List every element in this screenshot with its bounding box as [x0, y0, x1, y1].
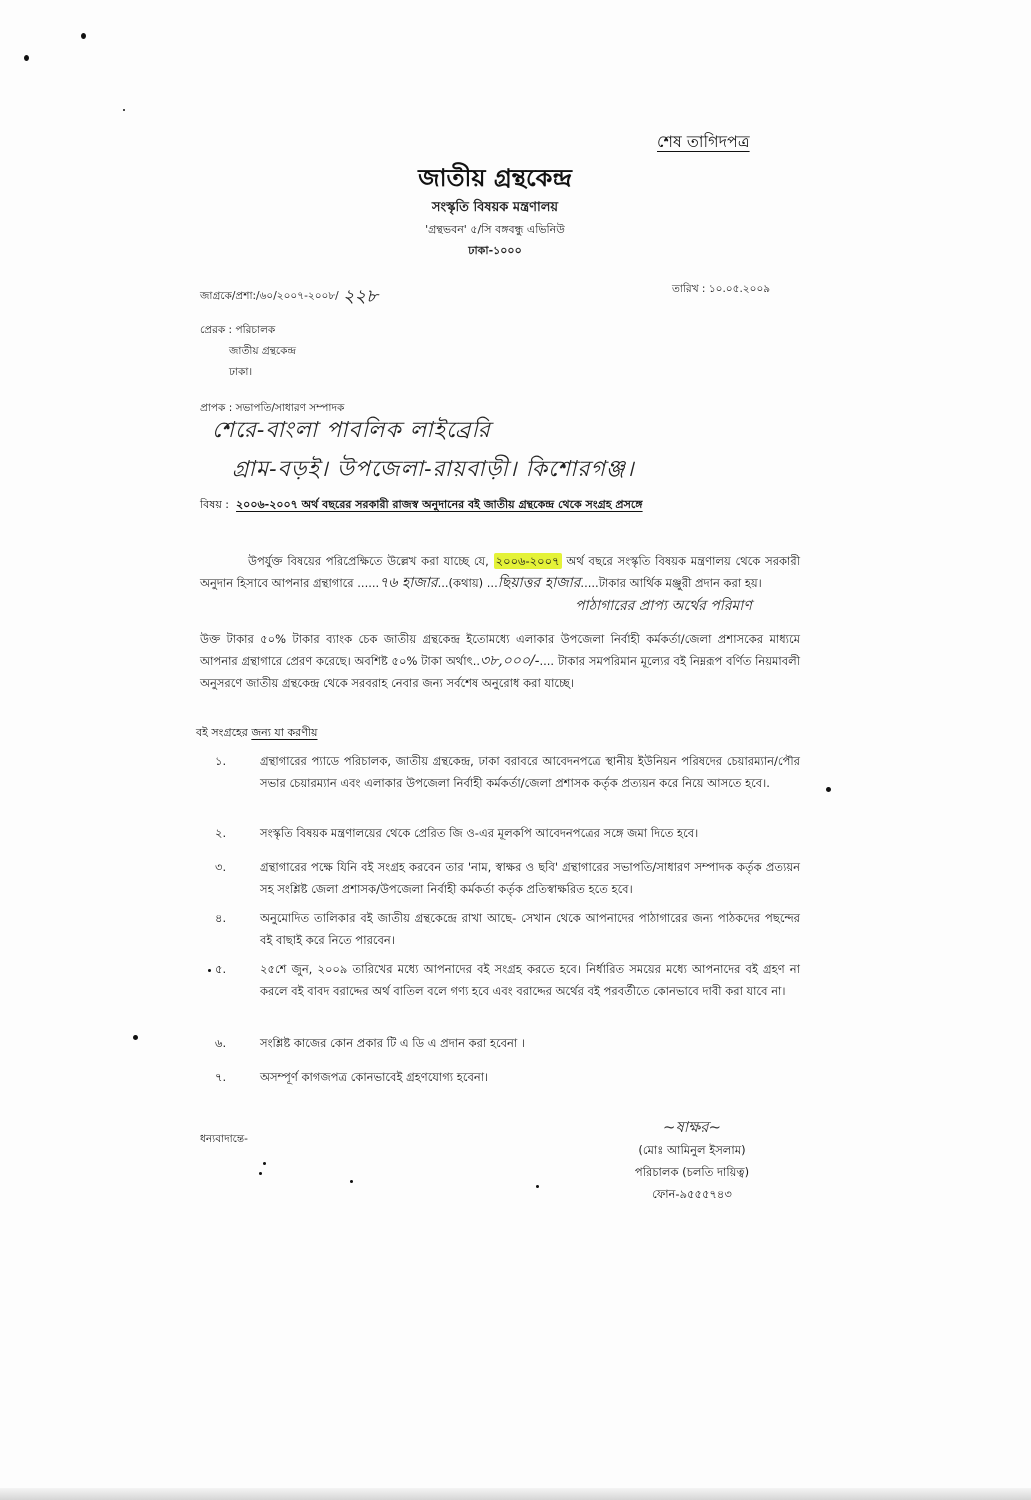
scan-speck	[259, 1172, 262, 1175]
todo-item: ৬. সংশ্লিষ্ট কাজের কোন প্রকার টি এ ডি এ …	[215, 1032, 800, 1054]
org-name: জাতীয় গ্রন্থকেন্দ্র	[400, 160, 590, 200]
todo-heading-underlined: জন্য যা করণীয়	[251, 726, 317, 739]
city-line: ঢাকা-১০০০	[370, 242, 620, 261]
todo-item-number: ৪.	[215, 907, 245, 929]
date-label: তারিখ :	[672, 283, 705, 295]
todo-item-text: অসম্পূর্ণ কাগজপত্র কোনভাবেই গ্রহণযোগ্য হ…	[260, 1066, 800, 1088]
memo-reference: জাগ্রকে/প্রশা:/৬০/২০০৭-২০০৮/২২৮	[200, 282, 378, 313]
in-words-label: (কথায়)	[449, 576, 484, 590]
para-text: টাকার আর্থিক	[599, 576, 662, 590]
todo-item-number: ৬.	[215, 1032, 245, 1054]
todo-heading-prefix: বই সংগ্রহের	[196, 726, 248, 739]
todo-item-number: ৭.	[215, 1066, 245, 1088]
signature-block: ~ষাক্ষর~ (মোঃ আমিনুল ইসলাম) পরিচালক (চলত…	[612, 1115, 772, 1205]
scan-speck	[350, 1180, 353, 1183]
signatory-name: (মোঃ আমিনুল ইসলাম)	[612, 1139, 772, 1161]
handwritten-remaining-amount: ৩৮,০০০/-	[480, 653, 539, 669]
scan-speck	[536, 1185, 539, 1188]
sender-block: প্রেরক : পরিচালক	[200, 322, 275, 339]
subject-text: ২০০৬-২০০৭ অর্থ বছরের সরকারী রাজস্ব অনুদা…	[236, 498, 643, 511]
signatory-title: পরিচালক (চলতি দায়িত্ব)	[612, 1161, 772, 1183]
todo-item: ৭. অসম্পূর্ণ কাগজপত্র কোনভাবেই গ্রহণযোগ্…	[215, 1066, 800, 1088]
scan-speck	[24, 55, 29, 61]
para-text: মঞ্জুরী প্রদান করা হয়।	[666, 576, 762, 590]
scan-speck	[263, 1162, 266, 1165]
date-value: ১০.০৫.২০০৯	[709, 283, 770, 295]
todo-heading: বই সংগ্রহের জন্য যা করণীয়	[196, 724, 318, 743]
todo-item-number: ৩.	[215, 856, 245, 878]
signatory-phone: ফোন-৯৫৫৫৭৪৩	[612, 1183, 772, 1205]
todo-item-number: ২.	[215, 822, 245, 844]
todo-item: ৪. অনুমোদিত তালিকার বই জাতীয় গ্রন্থকেন্…	[215, 907, 800, 951]
handwritten-amount-words: ছিয়াত্তর হাজার	[498, 575, 581, 591]
para-text: উপর্যুক্ত বিষয়ের পরিপ্রেক্ষিতে উল্লেখ ক…	[248, 554, 489, 568]
scan-speck	[81, 33, 86, 39]
todo-item: ১. গ্রন্থাগারের প্যাডে পরিচালক, জাতীয় গ…	[215, 750, 800, 794]
sender-label: প্রেরক :	[200, 324, 232, 336]
ministry-name: সংস্কৃতি বিষয়ক মন্ত্রণালয়	[370, 198, 620, 219]
scan-speck	[123, 109, 125, 111]
todo-item: ৫. ২৫শে জুন, ২০০৯ তারিখের মধ্যে আপনাদের …	[215, 958, 800, 1002]
todo-item-text: গ্রন্থাগারের পক্ষে যিনি বই সংগ্রহ করবেন …	[260, 856, 800, 900]
subject-label: বিষয় :	[200, 498, 229, 511]
todo-item-number: ১.	[215, 750, 245, 772]
handwritten-note: পাঠাগারের প্রাপ্য অর্থের পরিমাণ	[575, 594, 752, 618]
closing-thanks: ধন্যবাদান্তে-	[200, 1132, 248, 1149]
highlighted-fiscal-year: ২০০৬-২০০৭	[494, 553, 562, 569]
todo-item-text: গ্রন্থাগারের প্যাডে পরিচালক, জাতীয় গ্রন…	[260, 750, 800, 794]
scan-speck	[133, 1035, 138, 1040]
recipient-handwritten-library: শেরে-বাংলা পাবলিক লাইব্রেরি	[212, 413, 491, 450]
letter-date: তারিখ : ১০.০৫.২০০৯	[672, 282, 770, 299]
final-reminder-label: শেষ তাগিদপত্র	[657, 129, 750, 156]
paragraph-remaining: উক্ত টাকার ৫০% টাকার ব্যাংক চেক জাতীয় গ…	[200, 628, 800, 694]
todo-item: ২. সংস্কৃতি বিষয়ক মন্ত্রণালয়ের থেকে প্…	[215, 822, 800, 844]
todo-item-text: ২৫শে জুন, ২০০৯ তারিখের মধ্যে আপনাদের বই …	[260, 958, 800, 1002]
todo-item-text: অনুমোদিত তালিকার বই জাতীয় গ্রন্থকেন্দ্র…	[260, 907, 800, 951]
sender-line: পরিচালক	[235, 324, 275, 336]
todo-item-text: সংশ্লিষ্ট কাজের কোন প্রকার টি এ ডি এ প্র…	[260, 1032, 800, 1054]
memo-handwritten-number: ২২৮	[343, 286, 378, 307]
handwritten-amount-numeric: ৭৬ হাজার	[379, 575, 437, 591]
sender-line: ঢাকা।	[229, 364, 252, 381]
signature-mark: ~ষাক্ষর~	[612, 1115, 772, 1139]
todo-item-text: সংস্কৃতি বিষয়ক মন্ত্রণালয়ের থেকে প্রের…	[260, 822, 800, 844]
address-line: 'গ্রন্থভবন' ৫/সি বঙ্গবন্ধু এভিনিউ	[370, 221, 620, 240]
subject-line: বিষয় : ২০০৬-২০০৭ অর্থ বছরের সরকারী রাজস…	[200, 496, 643, 515]
todo-item: ৩. গ্রন্থাগারের পক্ষে যিনি বই সংগ্রহ করব…	[215, 856, 800, 900]
paragraph-grant: উপর্যুক্ত বিষয়ের পরিপ্রেক্ষিতে উল্লেখ ক…	[200, 550, 800, 594]
recipient-handwritten-address: গ্রাম-বড়ই। উপজেলা-রায়বাড়ী। কিশোরগঞ্জ।	[232, 452, 635, 489]
scan-speck	[826, 787, 831, 792]
sender-line: জাতীয় গ্রন্থকেন্দ্র	[229, 343, 296, 360]
scan-speck	[208, 969, 211, 972]
scan-bottom-edge	[0, 1488, 1031, 1500]
memo-number: জাগ্রকে/প্রশা:/৬০/২০০৭-২০০৮/	[200, 290, 339, 302]
todo-item-number: ৫.	[215, 958, 245, 980]
